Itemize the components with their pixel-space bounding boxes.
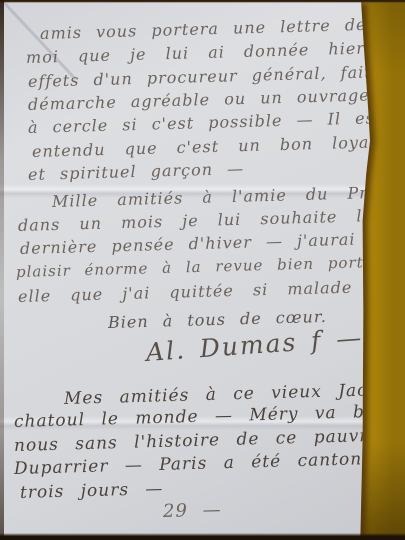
photo-left-edge [0, 0, 4, 540]
handwriting-line: trois jours — [20, 479, 164, 503]
handwriting-line: amis vous portera une lettre de [40, 15, 367, 43]
photo-top-edge [0, 0, 405, 3]
handwriting-line: entendu que c'est un bon loyal [32, 132, 376, 161]
letter-paper: amis vous portera une lettre de moi que … [0, 2, 370, 536]
letter-photograph: amis vous portera une lettre de moi que … [0, 0, 405, 540]
handwriting-line: plaisir énorme à la revue bien portante [16, 252, 402, 281]
handwriting-line: et spirituel garçon — [28, 159, 245, 184]
page-number: 29 — [163, 499, 222, 522]
handwriting-line: elle que j'ai quittée si malade — [18, 277, 389, 306]
photo-bottom-edge [0, 533, 405, 540]
paper-shadow: amis vous portera une lettre de moi que … [0, 0, 374, 540]
